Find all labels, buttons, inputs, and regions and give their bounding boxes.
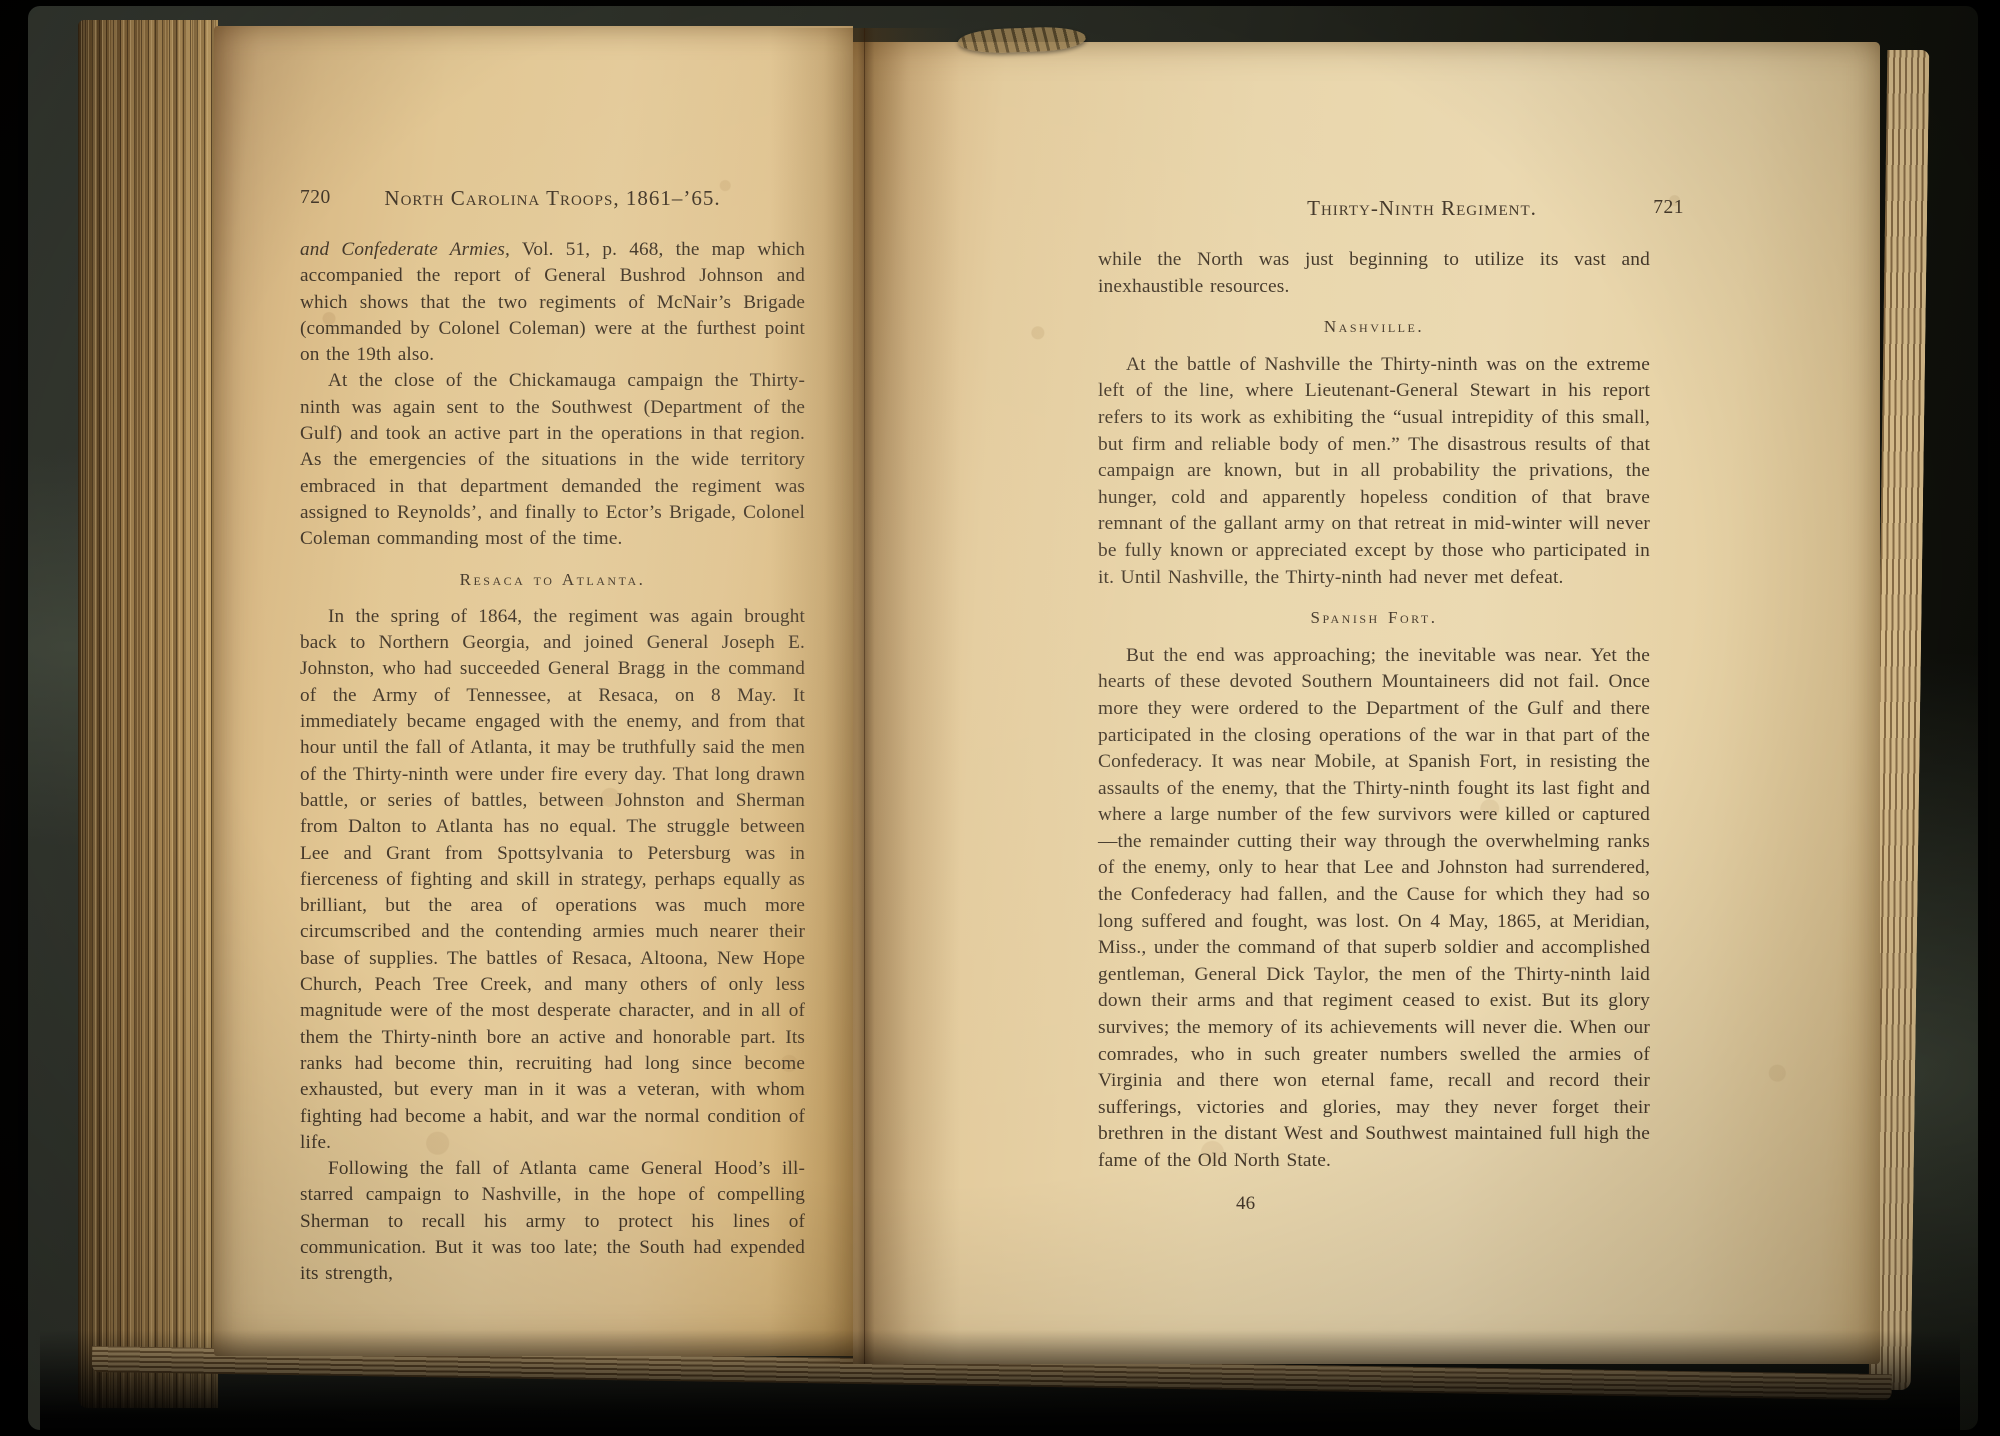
right-page: Thirty-Ninth Regiment. 721 while the Nor… bbox=[853, 42, 1880, 1364]
paragraph-nashville: At the battle of Nashville the Thirty-ni… bbox=[1098, 352, 1650, 591]
paragraph-confederate-armies: and Confederate Armies, Vol. 51, p. 468,… bbox=[300, 237, 805, 368]
left-page-content: 720 North Carolina Troops, 1861–’65. and… bbox=[300, 186, 805, 1288]
section-heading-spanish-fort: Spanish Fort. bbox=[1098, 605, 1650, 632]
page-edges-left bbox=[78, 20, 218, 1408]
paragraph-resaca: In the spring of 1864, the regiment was … bbox=[300, 604, 805, 1156]
paragraph-north-resources: while the North was just beginning to ut… bbox=[1098, 247, 1650, 300]
running-head-right: Thirty-Ninth Regiment. 721 bbox=[1098, 196, 1650, 221]
paragraph-hood-campaign: Following the fall of Atlanta came Gener… bbox=[300, 1156, 805, 1287]
running-title-left: North Carolina Troops, 1861–’65. bbox=[384, 186, 720, 210]
left-page-body: and Confederate Armies, Vol. 51, p. 468,… bbox=[300, 237, 805, 1288]
page-number-right: 721 bbox=[1653, 197, 1684, 219]
paragraph-spanish-fort: But the end was approaching; the inevita… bbox=[1098, 643, 1650, 1175]
section-heading-nashville: Nashville. bbox=[1098, 314, 1650, 341]
running-title-right: Thirty-Ninth Regiment. bbox=[1307, 196, 1537, 221]
italic-book-title: and Confederate Armies, bbox=[300, 239, 510, 260]
right-page-body: while the North was just beginning to ut… bbox=[1098, 247, 1650, 1217]
paragraph-chickamauga: At the close of the Chickamauga campaign… bbox=[300, 368, 805, 552]
signature-mark: 46 bbox=[1236, 1191, 1650, 1218]
page-number-left: 720 bbox=[300, 187, 331, 209]
left-page: 720 North Carolina Troops, 1861–’65. and… bbox=[214, 26, 853, 1356]
right-page-content: Thirty-Ninth Regiment. 721 while the Nor… bbox=[1098, 196, 1650, 1217]
photo-backdrop: 720 North Carolina Troops, 1861–’65. and… bbox=[0, 0, 2000, 1436]
running-head-left: 720 North Carolina Troops, 1861–’65. bbox=[300, 186, 805, 211]
section-heading-resaca: Resaca to Atlanta. bbox=[300, 567, 805, 593]
